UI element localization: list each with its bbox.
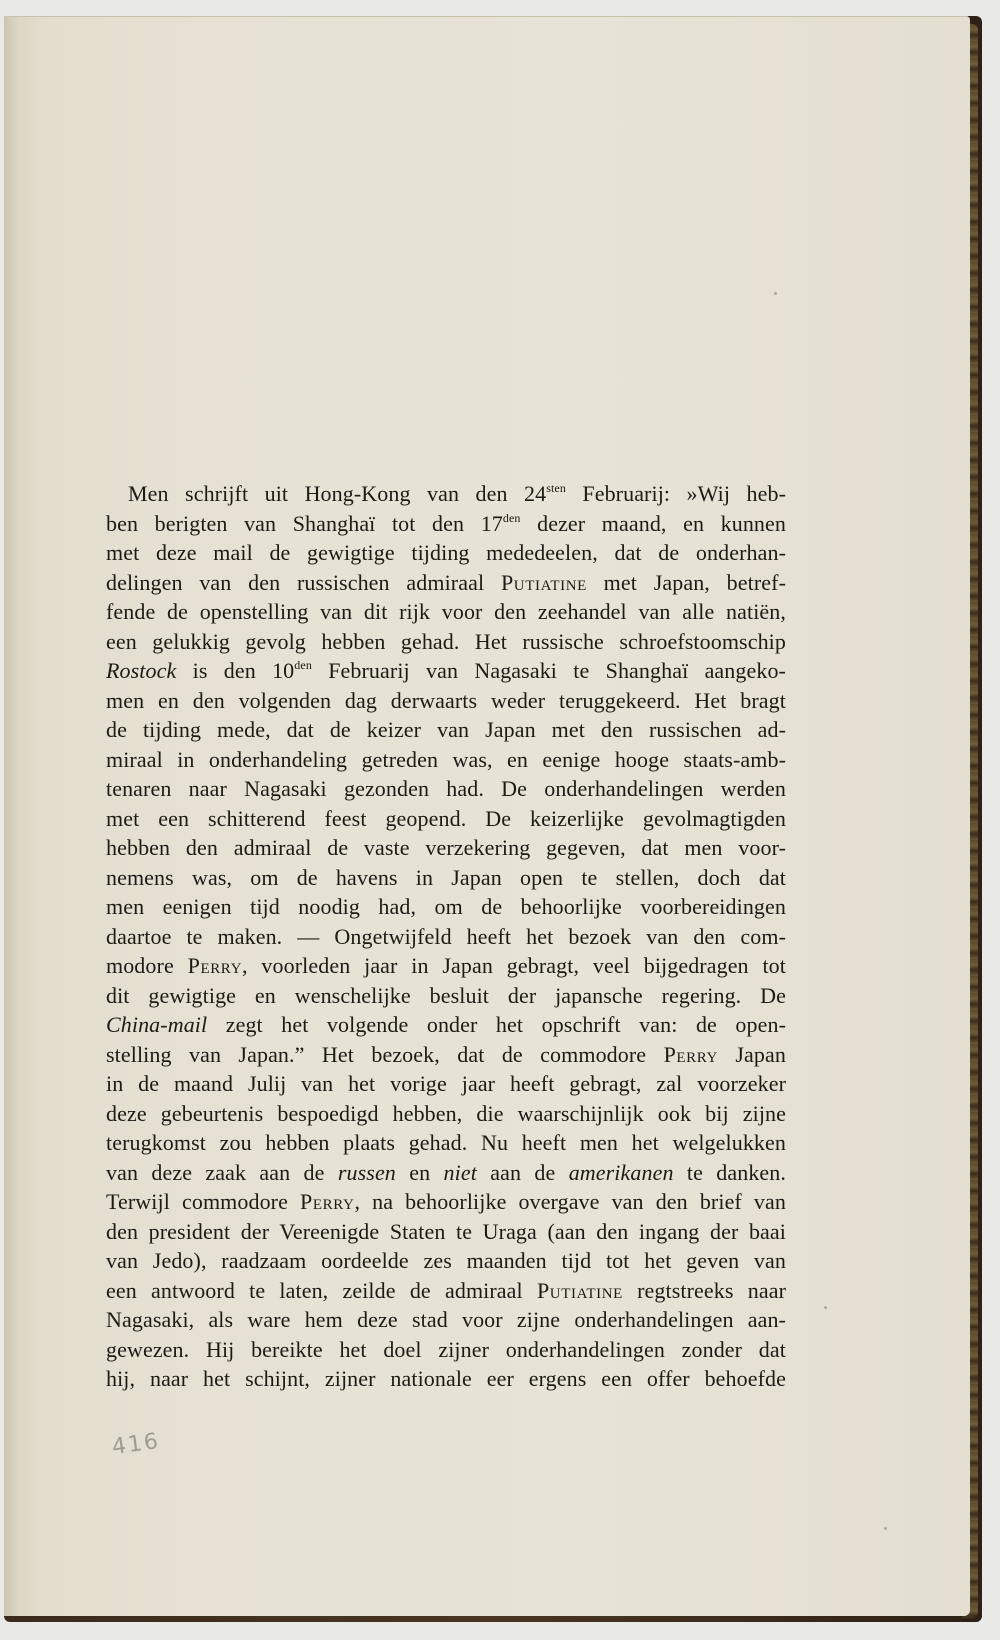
text-line: met deze mail de gewigtige tijding meded… [106,538,786,568]
small-caps-name: Perry [188,953,242,978]
text-run: men en den volgenden dag derwaarts weder… [106,688,786,713]
text-line: hebben den admiraal de vaste verzekering… [106,833,786,863]
text-line: een antwoord te laten, zeilde de admiraa… [106,1276,786,1306]
text-line: men en den volgenden dag derwaarts weder… [106,686,786,716]
text-line: gewezen. Hij bereikte het doel zijner on… [106,1335,786,1365]
text-run: Terwijl commodore [106,1189,300,1214]
text-run: Februarij: »Wij heb- [566,481,786,506]
text-run: regtstreeks naar [623,1278,786,1303]
text-run: ben berigten van Shanghaï tot den 17 [106,511,503,536]
text-line: Nagasaki, als ware hem deze stad voor zi… [106,1305,786,1335]
small-caps-name: Putiatine [537,1278,623,1303]
text-line: stelling van Japan.” Het bezoek, dat de … [106,1040,786,1070]
text-run: gewezen. Hij bereikte het doel zijner on… [106,1337,786,1362]
superscript: sten [546,481,566,495]
text-run: , voorleden jaar in Japan gebragt, veel … [242,953,786,978]
text-run: te danken. [674,1160,786,1185]
paper-speck [774,292,777,295]
text-run: en [396,1160,444,1185]
text-run: Nagasaki, als ware hem deze stad voor zi… [106,1307,786,1332]
small-caps-name: Perry [664,1042,718,1067]
text-line: met een schitterend feest geopend. De ke… [106,804,786,834]
text-line: nemens was, om de havens in Japan open t… [106,863,786,893]
paper-speck [824,1306,827,1309]
superscript: den [294,658,312,672]
text-run: stelling van Japan.” Het bezoek, dat de … [106,1042,664,1067]
text-run: daartoe te maken. — Ongetwijfeld heeft h… [106,924,786,949]
text-run: dezer maand, en kunnen [521,511,786,536]
text-run: deze gebeurtenis bespoedigd hebben, die … [106,1101,786,1126]
text-run: delingen van den russischen admiraal [106,570,501,595]
text-run: Men schrijft uit Hong-Kong van den 24 [128,481,546,506]
text-line: van deze zaak aan de russen en niet aan … [106,1158,786,1188]
text-line: fende de openstelling van dit rijk voor … [106,597,786,627]
text-line: tenaren naar Nagasaki gezonden had. De o… [106,774,786,804]
superscript: den [503,511,521,525]
text-run: den president der Vereenigde Staten te U… [106,1219,786,1244]
text-run: met een schitterend feest geopend. De ke… [106,806,786,831]
text-line: een gelukkig gevolg hebben gehad. Het ru… [106,627,786,657]
text-run: miraal in onderhandeling getreden was, e… [106,747,786,772]
text-run: met Japan, betref- [587,570,786,595]
text-line: in de maand Julij van het vorige jaar he… [106,1069,786,1099]
text-run: men eenigen tijd noodig had, om de behoo… [106,894,786,919]
text-run: modore [106,953,188,978]
text-line: dit gewigtige en wenschelijke besluit de… [106,981,786,1011]
text-run: is den 10 [176,658,294,683]
body-text: Men schrijft uit Hong-Kong van den 24ste… [106,479,786,1394]
text-run: terugkomst zou hebben plaats gehad. Nu h… [106,1130,786,1155]
text-run: hij, naar het schijnt, zijner nationale … [106,1366,786,1391]
text-line: terugkomst zou hebben plaats gehad. Nu h… [106,1128,786,1158]
text-run: hebben den admiraal de vaste verzekering… [106,835,786,860]
text-line: delingen van den russischen admiraal Put… [106,568,786,598]
small-caps-name: Perry [300,1189,354,1214]
text-line: van Jedo), raadzaam oordeelde zes maande… [106,1246,786,1276]
italic-text: niet [444,1160,477,1185]
italic-text: amerikanen [569,1160,674,1185]
text-line: Men schrijft uit Hong-Kong van den 24ste… [106,479,786,509]
text-run: in de maand Julij van het vorige jaar he… [106,1071,786,1096]
text-run: zegt het volgende onder het opschrift va… [207,1012,786,1037]
text-line: Terwijl commodore Perry, na behoorlijke … [106,1187,786,1217]
text-run: dit gewigtige en wenschelijke besluit de… [106,983,786,1008]
text-line: ben berigten van Shanghaï tot den 17den … [106,509,786,539]
text-run: van deze zaak aan de [106,1160,338,1185]
text-line: den president der Vereenigde Staten te U… [106,1217,786,1247]
text-line: China-mail zegt het volgende onder het o… [106,1010,786,1040]
text-run: Februarij van Nagasaki te Shanghaï aange… [312,658,786,683]
text-run: een antwoord te laten, zeilde de admiraa… [106,1278,537,1303]
text-run: een gelukkig gevolg hebben gehad. Het ru… [106,629,786,654]
text-line: Rostock is den 10den Februarij van Nagas… [106,656,786,686]
text-run: met deze mail de gewigtige tijding meded… [106,540,786,565]
text-run: tenaren naar Nagasaki gezonden had. De o… [106,776,786,801]
text-run: Japan [718,1042,786,1067]
text-line: hij, naar het schijnt, zijner nationale … [106,1364,786,1394]
italic-text: China-mail [106,1012,207,1037]
text-run: de tijding mede, dat de keizer van Japan… [106,717,786,742]
text-run: nemens was, om de havens in Japan open t… [106,865,786,890]
paper-speck [884,1527,887,1530]
italic-text: russen [338,1160,396,1185]
text-line: men eenigen tijd noodig had, om de behoo… [106,892,786,922]
text-run: , na behoorlijke overgave van den brief … [354,1189,786,1214]
text-run: fende de openstelling van dit rijk voor … [106,599,786,624]
text-line: miraal in onderhandeling getreden was, e… [106,745,786,775]
text-line: de tijding mede, dat de keizer van Japan… [106,715,786,745]
italic-text: Rostock [106,658,176,683]
text-line: modore Perry, voorleden jaar in Japan ge… [106,951,786,981]
text-line: deze gebeurtenis bespoedigd hebben, die … [106,1099,786,1129]
text-line: daartoe te maken. — Ongetwijfeld heeft h… [106,922,786,952]
small-caps-name: Putiatine [501,570,587,595]
text-run: van Jedo), raadzaam oordeelde zes maande… [106,1248,786,1273]
text-run: aan de [477,1160,569,1185]
